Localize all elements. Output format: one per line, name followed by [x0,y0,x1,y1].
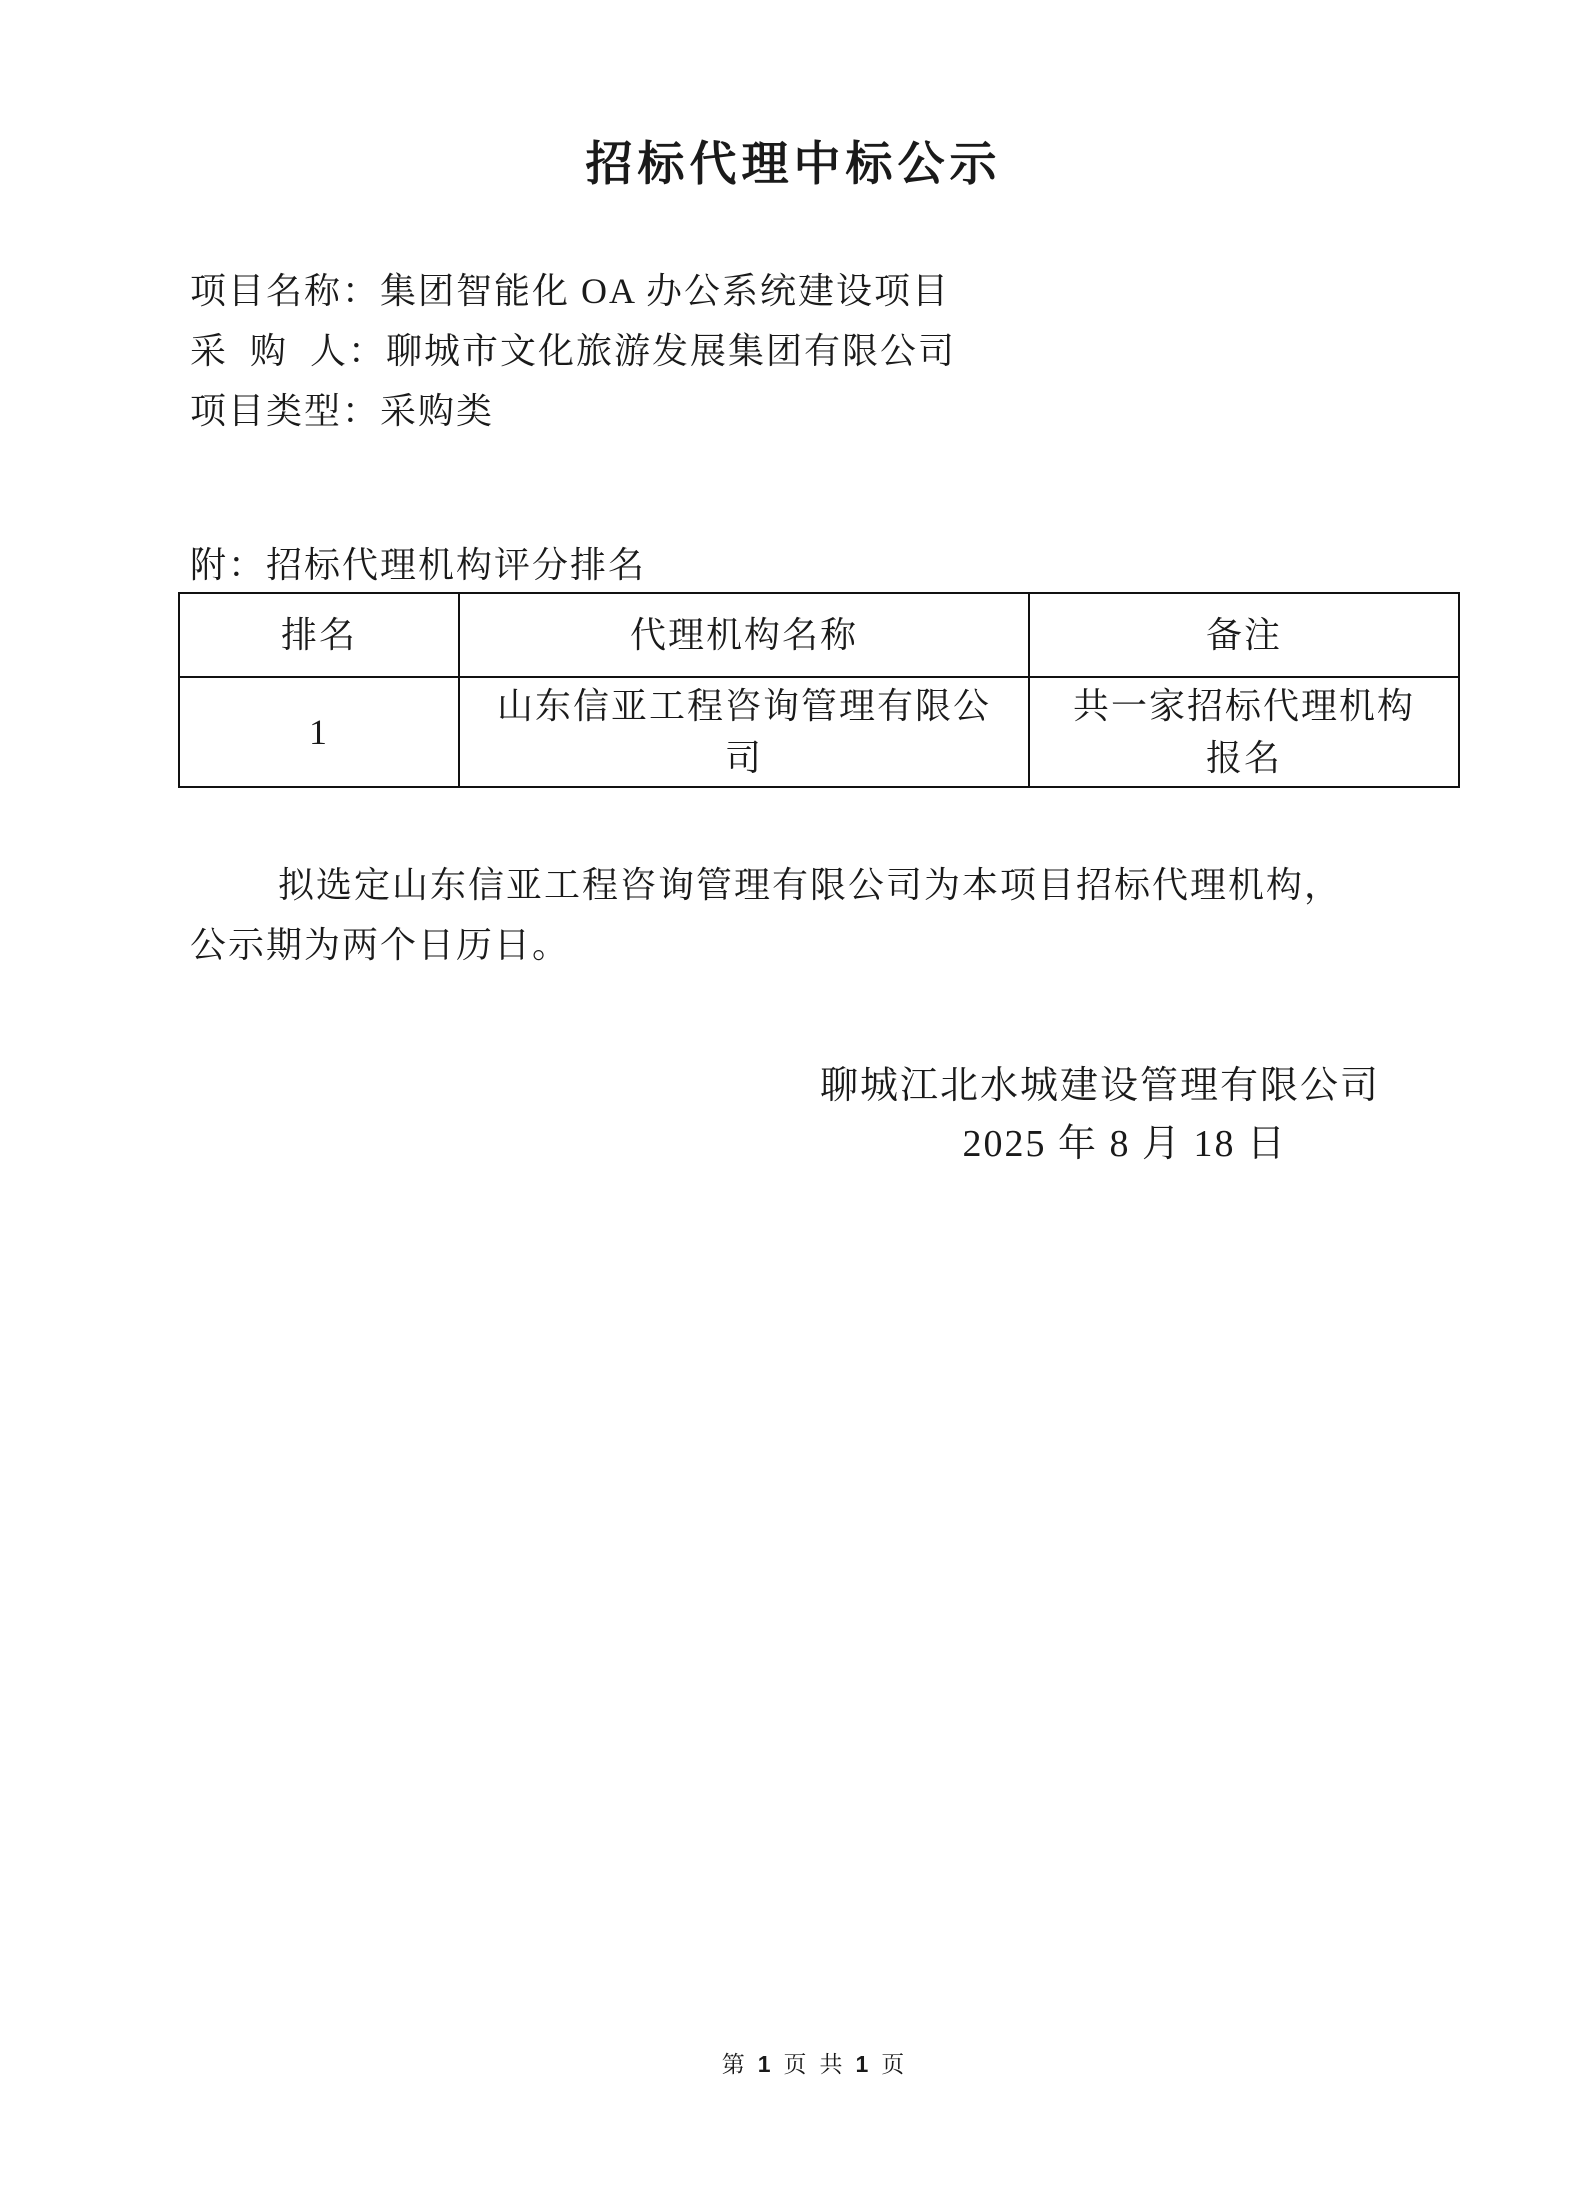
info-line-purchaser: 采 购 人：聊城市文化旅游发展集团有限公司 [190,321,956,381]
agency-ranking-table: 排名 代理机构名称 备注 1 山东信亚工程咨询管理有限公 司 共一家招标代理机构… [178,592,1460,788]
project-info-block: 项目名称：集团智能化 OA 办公系统建设项目 采 购 人：聊城市文化旅游发展集团… [190,261,956,441]
cell-note: 共一家招标代理机构 报名 [1029,677,1459,787]
page-footer-indicator: 第1页共1页 [20,2046,1587,2079]
cell-agency-name: 山东信亚工程咨询管理有限公 司 [459,677,1029,787]
header-note: 备注 [1029,593,1459,677]
attachment-label: 附：招标代理机构评分排名 [190,535,646,595]
document-page: 招标代理中标公示 项目名称：集团智能化 OA 办公系统建设项目 采 购 人：聊城… [0,0,1587,2191]
footer-label-gong: 共 [820,2052,844,2077]
footer-current-page: 1 [758,2051,772,2077]
footer-label-di: 第 [722,2052,746,2077]
table-row: 1 山东信亚工程咨询管理有限公 司 共一家招标代理机构 报名 [179,677,1459,787]
table-header-row: 排名 代理机构名称 备注 [179,593,1459,677]
selection-paragraph: 拟选定山东信亚工程咨询管理有限公司为本项目招标代理机构， 公示期为两个日历日。 [190,855,1470,975]
info-line-project-name: 项目名称：集团智能化 OA 办公系统建设项目 [190,261,956,321]
footer-label-ye2: 页 [881,2052,905,2077]
footer-total-pages: 1 [856,2051,870,2077]
footer-label-ye1: 页 [784,2052,808,2077]
document-title: 招标代理中标公示 [0,127,1587,194]
info-line-project-type: 项目类型：采购类 [190,381,956,441]
signature-company: 聊城江北水城建设管理有限公司 [820,1056,1380,1116]
header-agency-name: 代理机构名称 [459,593,1029,677]
cell-rank: 1 [179,677,459,787]
signature-date: 2025 年 8 月 18 日 [962,1114,1287,1174]
header-rank: 排名 [179,593,459,677]
